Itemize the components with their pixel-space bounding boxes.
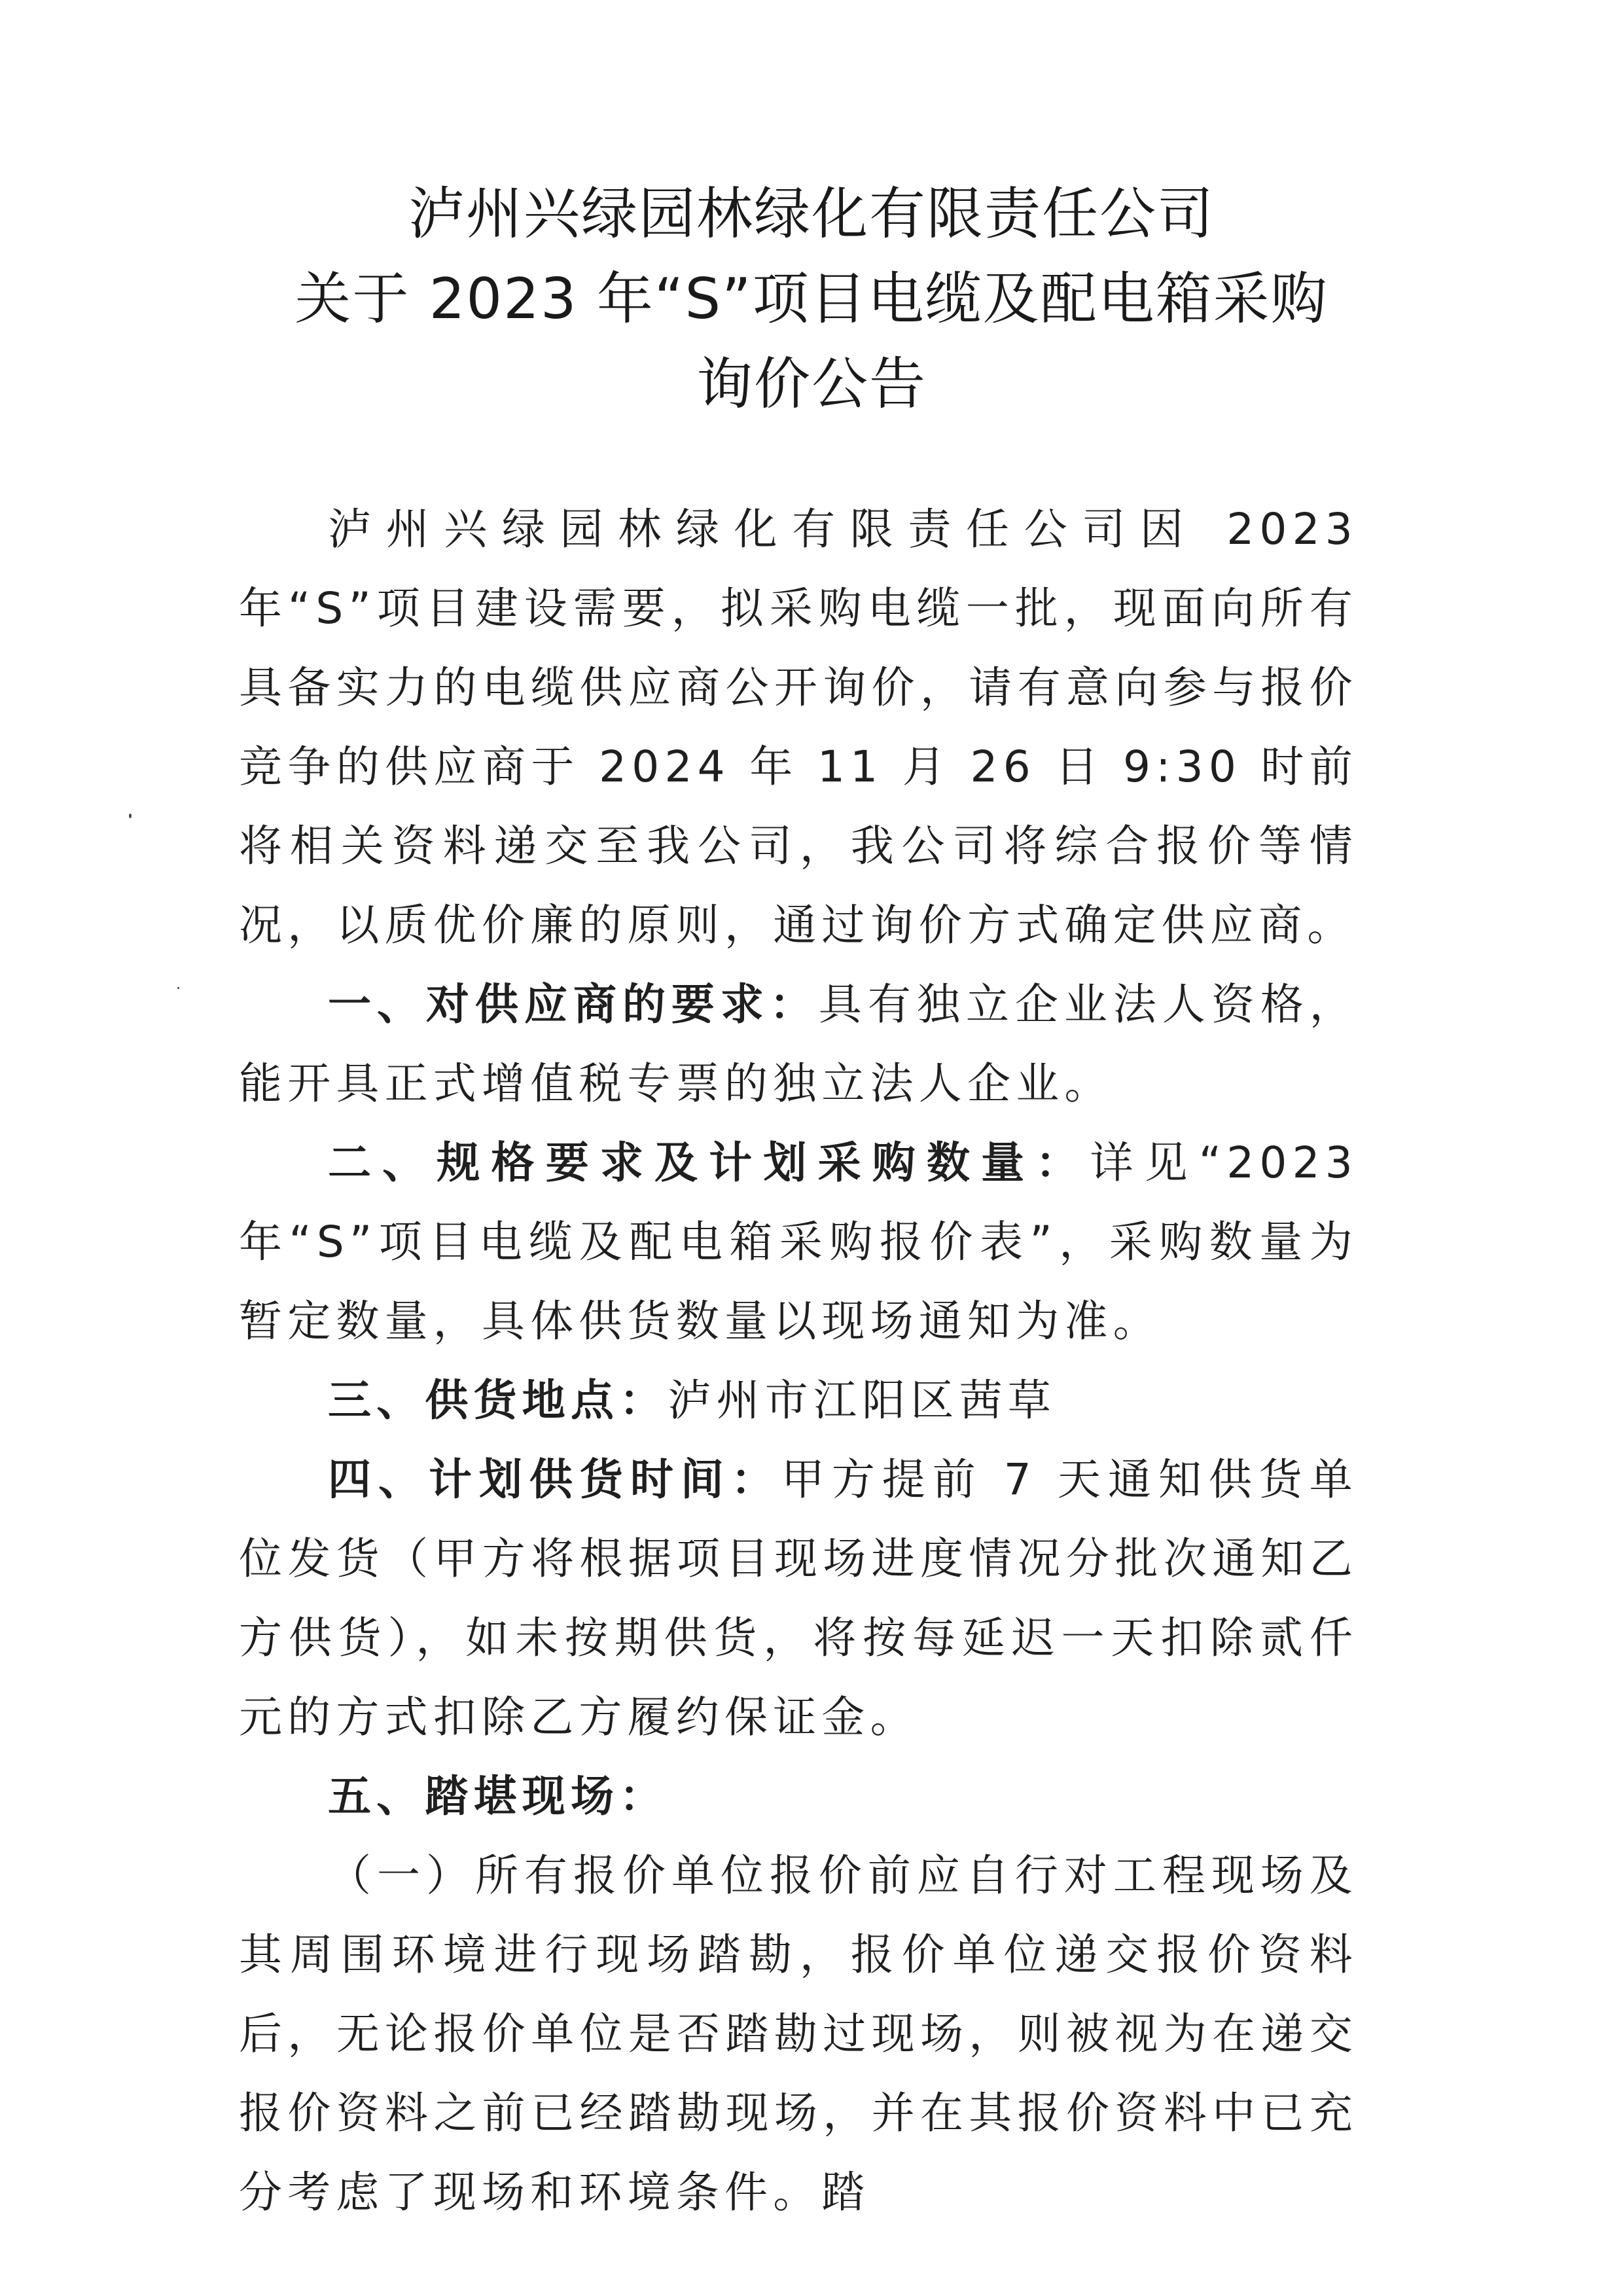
intro-paragraph: 泸州兴绿园林绿化有限责任公司因 2023 年“S”项目建设需要，拟采购电缆一批，… [239,490,1358,965]
section-text: 泸州市江阳区茜草 [668,1375,1056,1426]
section-site-survey: 五、踏堪现场： [239,1757,1358,1836]
scan-speck [129,814,132,818]
section-delivery-time: 四、计划供货时间：甲方提前 7 天通知供货单位发货（甲方将根据项目现场进度情况分… [239,1440,1358,1757]
section-delivery-location: 三、供货地点：泸州市江阳区茜草 [239,1361,1358,1440]
section-heading: 三、供货地点： [328,1375,668,1426]
section-supplier-requirements: 一、对供应商的要求：具有独立企业法人资格，能开具正式增值税专票的独立法人企业。 [239,965,1358,1123]
title-line-type: 询价公告 [0,342,1623,427]
document-page: 泸州兴绿园林绿化有限责任公司 关于 2023 年“S”项目电缆及配电箱采购 询价… [0,0,1623,2296]
title-line-subject: 关于 2023 年“S”项目电缆及配电箱采购 [0,257,1623,342]
scan-speck [177,987,179,989]
section-heading: 二、规格要求及计划采购数量： [328,1138,1090,1188]
title-line-company: 泸州兴绿园林绿化有限责任公司 [0,171,1623,257]
subsection-site-survey-1: （一）所有报价单位报价前应自行对工程现场及其周围环境进行现场踏勘，报价单位递交报… [239,1836,1358,2232]
section-heading: 一、对供应商的要求： [328,979,819,1030]
document-body: 泸州兴绿园林绿化有限责任公司因 2023 年“S”项目建设需要，拟采购电缆一批，… [239,490,1358,2232]
section-heading: 五、踏堪现场： [328,1771,668,1821]
section-specifications-quantity: 二、规格要求及计划采购数量：详见“2023 年“S”项目电缆及配电箱采购报价表”… [239,1123,1358,1361]
document-title: 泸州兴绿园林绿化有限责任公司 关于 2023 年“S”项目电缆及配电箱采购 询价… [0,171,1623,427]
section-heading: 四、计划供货时间： [328,1454,781,1505]
